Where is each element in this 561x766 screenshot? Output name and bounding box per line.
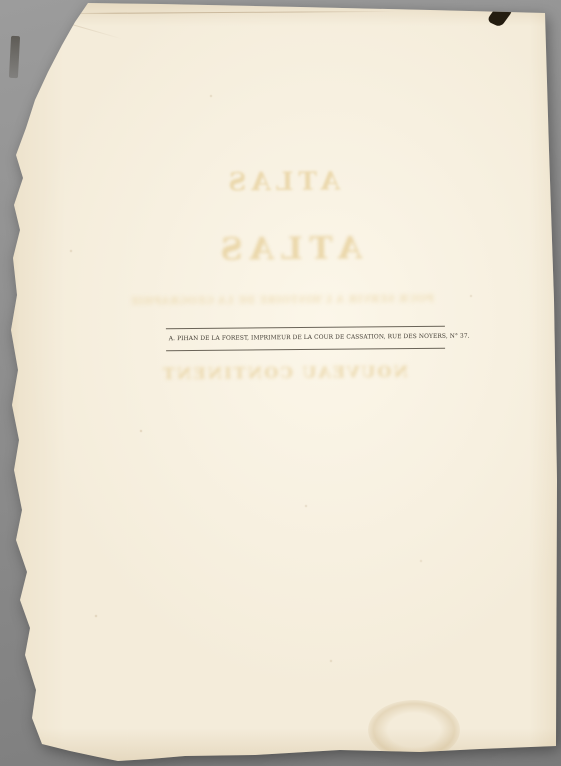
ghost-subtitle-smear: POUR SERVIR A L'HISTOIRE DE LA GEOGRAPHI…: [166, 294, 434, 307]
crease-line-top: [55, 11, 395, 14]
scan-background: ATLAS ATLAS POUR SERVIR A L'HISTOIRE DE …: [0, 0, 561, 766]
ghost-title-upper: ATLAS: [228, 167, 340, 197]
ghost-title-lower: ATLAS: [222, 230, 362, 267]
paper-shadow-wrap: ATLAS ATLAS POUR SERVIR A L'HISTOIRE DE …: [0, 0, 561, 766]
ink-blot: [486, 3, 514, 28]
imprint-block: A. PIHAN DE LA FOREST, IMPRIMEUR DE LA C…: [166, 326, 445, 351]
water-stain: [368, 700, 460, 760]
ghost-bottom-title: NOUVEAU CONTINENT: [172, 362, 408, 383]
paper-sheet: ATLAS ATLAS POUR SERVIR A L'HISTOIRE DE …: [0, 0, 561, 766]
crease-line-corner: [30, 12, 123, 39]
imprint-text: A. PIHAN DE LA FOREST, IMPRIMEUR DE LA C…: [169, 333, 442, 343]
imprint-rule-bottom: [166, 348, 445, 351]
imprint-rule-top: [166, 326, 445, 329]
foxing-speckles: [0, 0, 2, 2]
